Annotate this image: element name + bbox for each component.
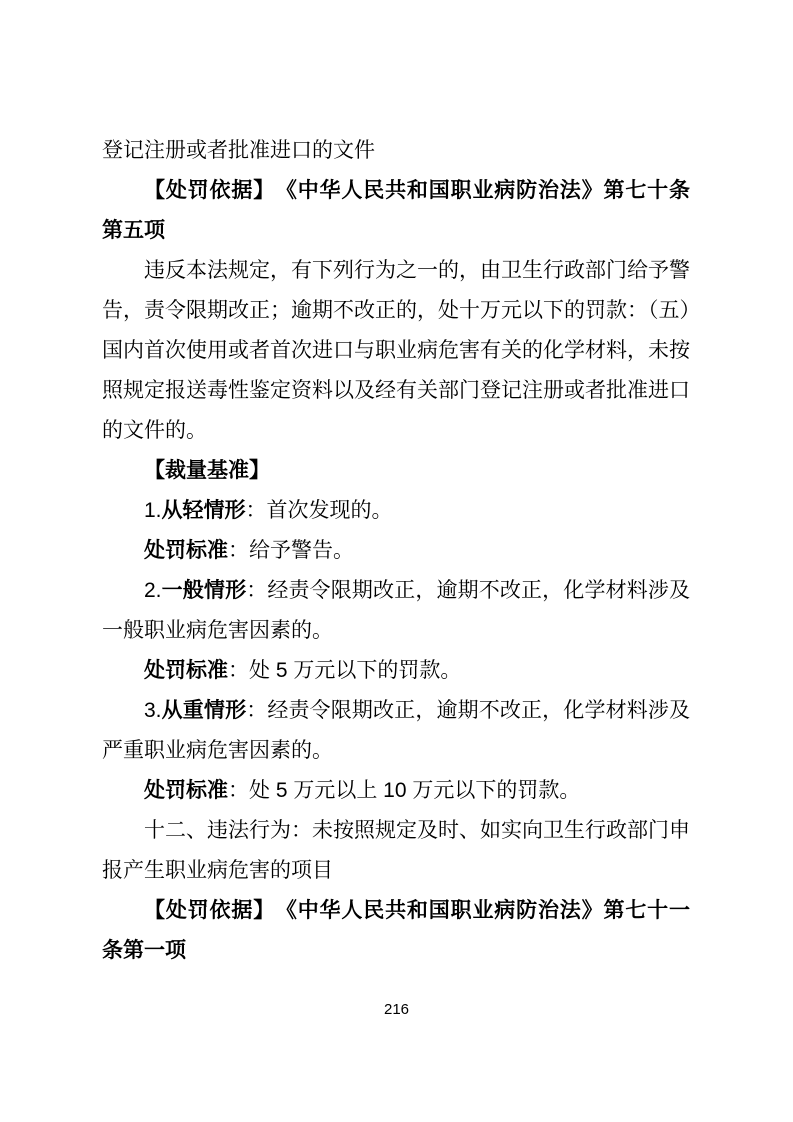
- page-number: 216: [0, 1001, 793, 1019]
- text-line: 告，责令限期改正；逾期不改正的，处十万元以下的罚款：（五）: [102, 291, 690, 331]
- text-segment: 2.: [144, 579, 162, 602]
- text-segment: 严重职业病危害因素的。: [102, 739, 333, 762]
- text-segment: ：处 5 万元以下的罚款。: [228, 659, 461, 682]
- text-segment-bold: 条第一项: [102, 939, 186, 962]
- document-text-block: 登记注册或者批准进口的文件【处罚依据】 《中华人民共和国职业病防治法》第七十条第…: [102, 131, 690, 971]
- text-line: 处罚标准：给予警告。: [102, 531, 690, 571]
- text-segment: 一般职业病危害因素的。: [102, 619, 333, 642]
- text-line: 3.从重情形：经责令限期改正，逾期不改正，化学材料涉及: [102, 691, 690, 731]
- text-segment: 告，责令限期改正；逾期不改正的，处十万元以下的罚款：（五）: [102, 299, 690, 322]
- text-line: 第五项: [102, 211, 690, 251]
- text-segment-bold: 【裁量基准】: [144, 459, 270, 482]
- text-line: 【处罚依据】 《中华人民共和国职业病防治法》第七十一: [102, 891, 690, 931]
- text-segment-bold: 从重情形: [162, 699, 247, 722]
- text-line: 照规定报送毒性鉴定资料以及经有关部门登记注册或者批准进口: [102, 371, 690, 411]
- text-segment-bold: 处罚标准: [144, 539, 228, 562]
- text-line: 严重职业病危害因素的。: [102, 731, 690, 771]
- text-line: 条第一项: [102, 931, 690, 971]
- document-page: 登记注册或者批准进口的文件【处罚依据】 《中华人民共和国职业病防治法》第七十条第…: [0, 0, 793, 1122]
- text-line: 报产生职业病危害的项目: [102, 851, 690, 891]
- text-segment-bold: 处罚标准: [144, 779, 228, 802]
- text-segment-bold: 一般情形: [162, 579, 247, 602]
- text-line: 国内首次使用或者首次进口与职业病危害有关的化学材料，未按: [102, 331, 690, 371]
- text-segment: ：给予警告。: [228, 539, 354, 562]
- text-segment: 照规定报送毒性鉴定资料以及经有关部门登记注册或者批准进口: [102, 379, 690, 402]
- text-segment: 1.: [144, 499, 162, 522]
- text-segment: ：经责令限期改正，逾期不改正，化学材料涉及: [246, 699, 690, 722]
- text-line: 处罚标准：处 5 万元以下的罚款。: [102, 651, 690, 691]
- text-line: 2.一般情形：经责令限期改正，逾期不改正，化学材料涉及: [102, 571, 690, 611]
- text-line: 【处罚依据】 《中华人民共和国职业病防治法》第七十条: [102, 171, 690, 211]
- text-line: 1.从轻情形：首次发现的。: [102, 491, 690, 531]
- text-segment: 违反本法规定，有下列行为之一的，由卫生行政部门给予警: [144, 259, 690, 282]
- text-segment-bold: 第五项: [102, 219, 165, 242]
- text-segment: 的文件的。: [102, 419, 207, 442]
- text-line: 处罚标准：处 5 万元以上 10 万元以下的罚款。: [102, 771, 690, 811]
- text-segment: ：经责令限期改正，逾期不改正，化学材料涉及: [246, 579, 690, 602]
- text-segment-bold: 【处罚依据】 《中华人民共和国职业病防治法》第七十条: [144, 179, 690, 202]
- text-line: 一般职业病危害因素的。: [102, 611, 690, 651]
- text-line: 十二、违法行为：未按照规定及时、如实向卫生行政部门申: [102, 811, 690, 851]
- text-segment: 报产生职业病危害的项目: [102, 859, 333, 882]
- text-segment: ：处 5 万元以上 10 万元以下的罚款。: [228, 779, 580, 802]
- text-segment: 十二、违法行为：未按照规定及时、如实向卫生行政部门申: [144, 819, 690, 842]
- text-segment: 登记注册或者批准进口的文件: [102, 139, 375, 162]
- text-segment: ：首次发现的。: [246, 499, 393, 522]
- text-segment: 国内首次使用或者首次进口与职业病危害有关的化学材料，未按: [102, 339, 690, 362]
- text-segment-bold: 【处罚依据】 《中华人民共和国职业病防治法》第七十一: [144, 899, 690, 922]
- text-segment-bold: 从轻情形: [162, 499, 246, 522]
- text-segment-bold: 处罚标准: [144, 659, 228, 682]
- text-segment: 3.: [144, 699, 162, 722]
- text-line: 【裁量基准】: [102, 451, 690, 491]
- text-line: 登记注册或者批准进口的文件: [102, 131, 690, 171]
- text-line: 违反本法规定，有下列行为之一的，由卫生行政部门给予警: [102, 251, 690, 291]
- text-line: 的文件的。: [102, 411, 690, 451]
